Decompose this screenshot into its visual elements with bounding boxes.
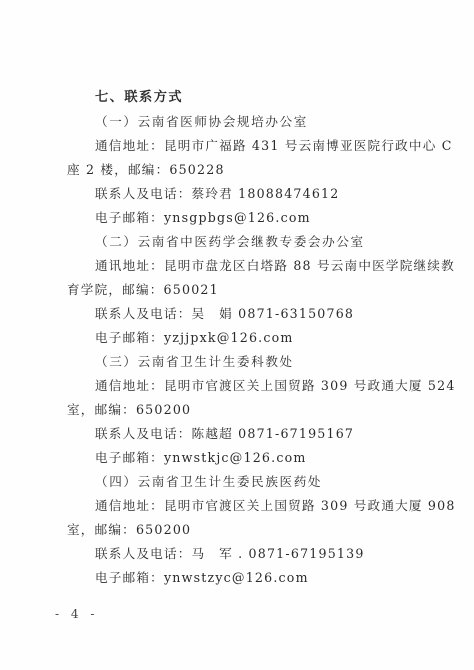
contact-address-continued: 育学院，邮编：650021: [0, 282, 474, 298]
contact-address: 通讯地址：昆明市盘龙区白塔路 88 号云南中医学院继续教: [0, 258, 474, 274]
document-page: 七、联系方式 （一）云南省医师协会规培办公室 通信地址：昆明市广福路 431 号…: [0, 0, 474, 670]
contact-heading: （四）云南省卫生计生委民族医药处: [0, 474, 474, 490]
contact-address: 通信地址：昆明市广福路 431 号云南博亚医院行政中心 C: [0, 138, 474, 154]
contact-person-phone: 联系人及电话：蔡玲君 18088474612: [0, 186, 474, 202]
contact-email: 电子邮箱：ynwstzyc@126.com: [0, 570, 474, 586]
contact-address-continued: 室，邮编：650200: [0, 402, 474, 418]
contact-email: 电子邮箱：yzjjpxk@126.com: [0, 330, 474, 346]
contact-email: 电子邮箱：ynsgpbgs@126.com: [0, 210, 474, 226]
contact-heading: （一）云南省医师协会规培办公室: [0, 114, 474, 130]
contact-address-continued: 室，邮编：650200: [0, 522, 474, 538]
contact-person-phone: 联系人及电话：马 军 . 0871-67195139: [0, 546, 474, 562]
contact-heading: （二）云南省中医药学会继教专委会办公室: [0, 234, 474, 250]
contact-person-phone: 联系人及电话：陈越超 0871-67195167: [0, 426, 474, 442]
contact-heading: （三）云南省卫生计生委科教处: [0, 354, 474, 370]
contact-address: 通信地址：昆明市官渡区关上国贸路 309 号政通大厦 524: [0, 378, 474, 394]
contact-email: 电子邮箱：ynwstkjc@126.com: [0, 450, 474, 466]
section-title: 七、联系方式: [0, 90, 474, 106]
contact-address: 通信地址：昆明市官渡区关上国贸路 309 号政通大厦 908: [0, 498, 474, 514]
contact-person-phone: 联系人及电话：吴 娟 0871-63150768: [0, 306, 474, 322]
page-number: - 4 -: [55, 607, 98, 621]
contact-address-continued: 座 2 楼，邮编：650228: [0, 162, 474, 178]
